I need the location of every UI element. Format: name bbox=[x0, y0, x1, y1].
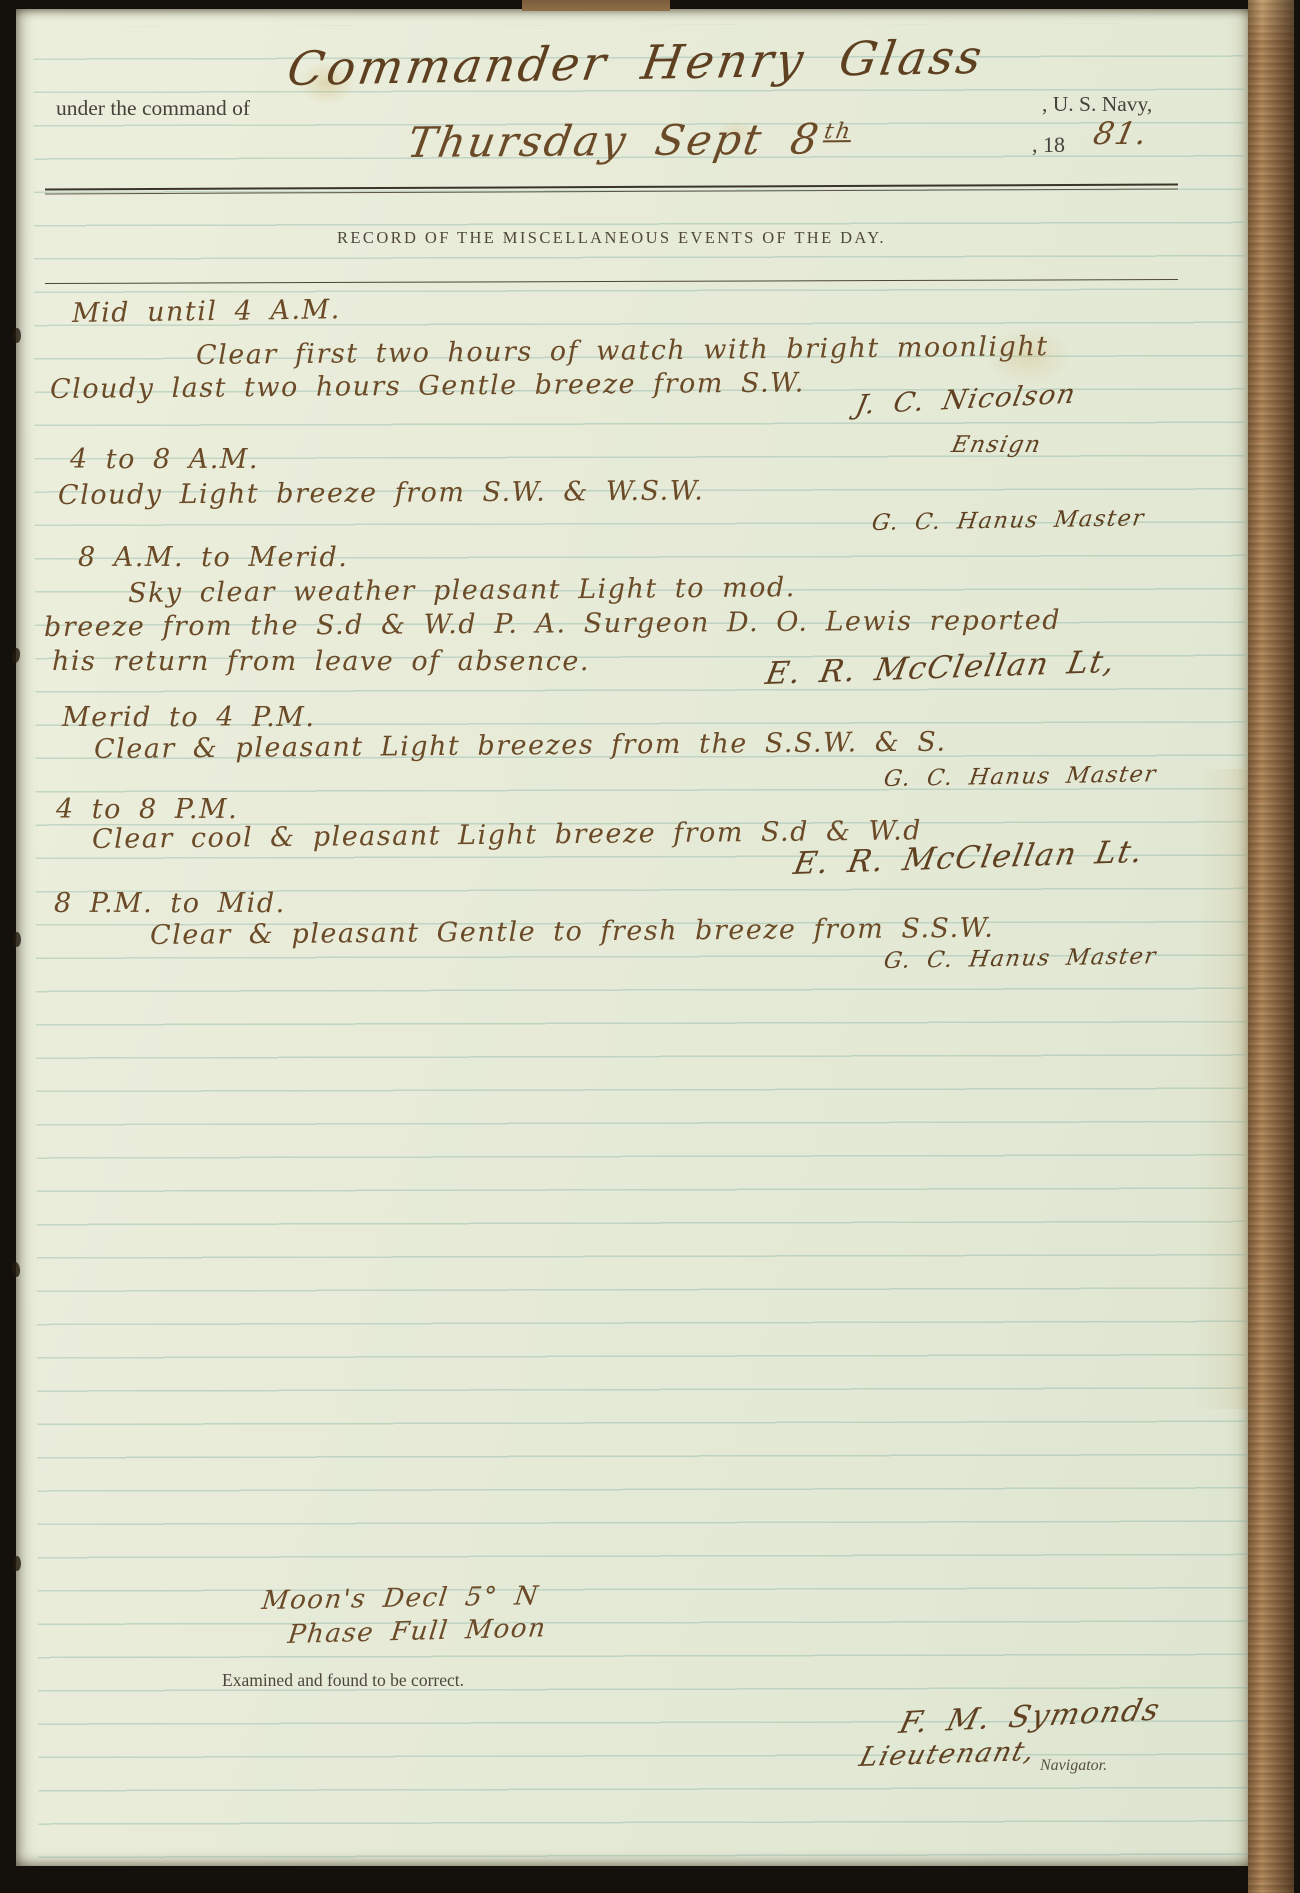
log-date-handwritten: Thursday Sept 8th bbox=[404, 114, 855, 167]
officer-rank: Ensign bbox=[949, 432, 1044, 458]
book-page-edges bbox=[1248, 0, 1294, 1893]
book-top-edge bbox=[522, 0, 670, 11]
officer-signature: G. C. Hanus Master bbox=[882, 943, 1158, 974]
section-title: RECORD OF THE MISCELLANEOUS EVENTS OF TH… bbox=[45, 228, 1178, 248]
logbook-photo: under the command of Commander Henry Gla… bbox=[0, 0, 1300, 1893]
watch-heading: 4 to 8 A.M. bbox=[70, 444, 259, 475]
log-line: his return from leave of absence. bbox=[52, 646, 590, 677]
watch-heading: 8 P.M. to Mid. bbox=[54, 888, 286, 919]
moon-declination-note: Moon's Decl 5° N bbox=[260, 1581, 541, 1616]
command-prefix-label: under the command of bbox=[56, 96, 250, 121]
examined-statement: Examined and found to be correct. bbox=[222, 1670, 464, 1691]
officer-signature: G. C. Hanus Master bbox=[870, 505, 1146, 536]
navigator-role-label: Navigator. bbox=[1040, 1757, 1107, 1775]
officer-signature: G. C. Hanus Master bbox=[882, 761, 1158, 792]
binding-stitch bbox=[13, 328, 21, 343]
watch-heading: Mid until 4 A.M. bbox=[72, 294, 341, 329]
log-line: Cloudy Light breeze from S.W. & W.S.W. bbox=[58, 475, 704, 511]
log-date-main: Thursday Sept 8 bbox=[404, 114, 825, 167]
watch-heading: Merid to 4 P.M. bbox=[62, 702, 316, 733]
year-printed-label: , 18 bbox=[1032, 132, 1065, 158]
watch-heading: 8 A.M. to Merid. bbox=[78, 542, 348, 573]
navigator-rank: Lieutenant, bbox=[856, 1736, 1039, 1773]
log-line: Sky clear weather pleasant Light to mod. bbox=[128, 572, 796, 609]
year-handwritten: 81. bbox=[1090, 116, 1151, 152]
binding-stitch bbox=[13, 1556, 21, 1571]
watch-heading: 4 to 8 P.M. bbox=[56, 794, 238, 825]
log-date-ordinal: th bbox=[822, 119, 854, 144]
log-line: Cloudy last two hours Gentle breeze from… bbox=[50, 367, 805, 405]
binding-stitch bbox=[13, 932, 21, 947]
navy-suffix-label: , U. S. Navy, bbox=[1042, 92, 1152, 117]
